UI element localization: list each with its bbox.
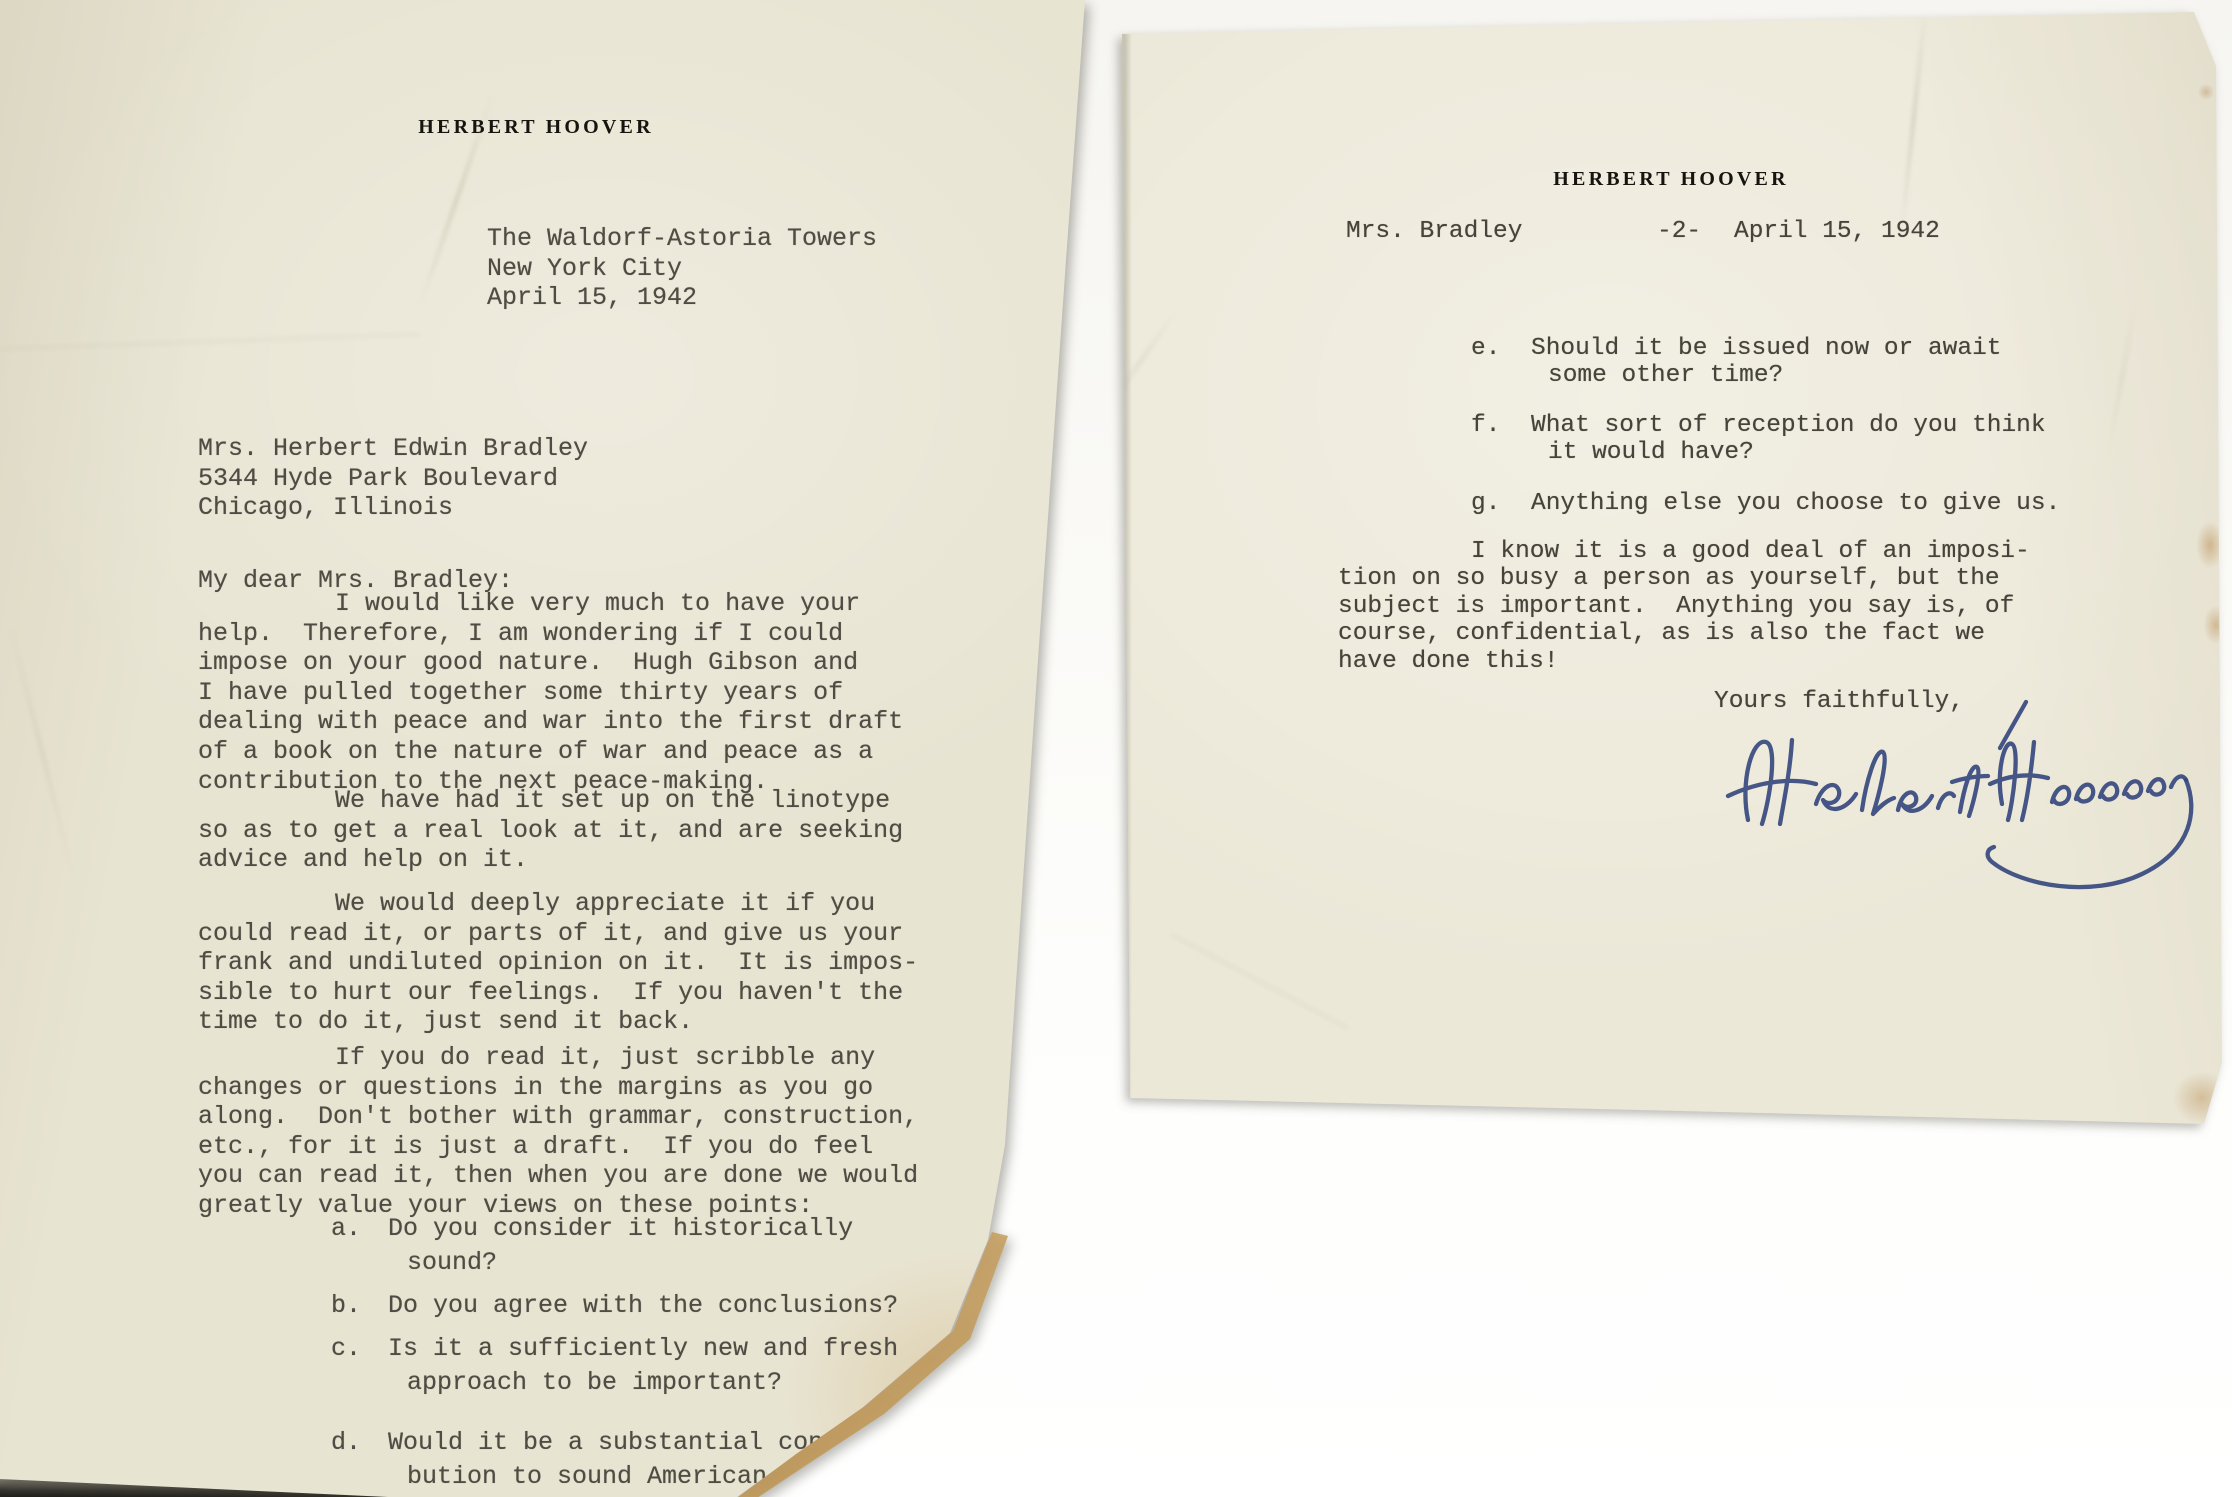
text-line: it would have? xyxy=(1531,439,2046,466)
text-line: bution to sound American thin' xyxy=(388,1460,868,1494)
text-line: I know it is a good deal of an imposi- xyxy=(1338,538,2030,565)
text-line: Should it be issued now or await xyxy=(1531,335,2001,362)
list-item-label: g. xyxy=(1471,490,1531,517)
signature-flourish-tail xyxy=(1988,780,2192,887)
text-line: along. Don't bother with grammar, constr… xyxy=(198,1102,918,1132)
text-line: Mrs. Herbert Edwin Bradley xyxy=(198,434,588,464)
header-page-number: -2- xyxy=(1657,218,1701,245)
text-line: Is it a sufficiently new and fresh xyxy=(388,1332,898,1366)
text-line: have done this! xyxy=(1338,648,2030,675)
paper-crease xyxy=(2106,301,2137,459)
text-line: Anything else you choose to give us. xyxy=(1531,490,2060,517)
text-line: New York City xyxy=(487,254,877,284)
text-line: time to do it, just send it back. xyxy=(198,1007,918,1037)
letter-page-1: HERBERT HOOVER The Waldorf-Astoria Tower… xyxy=(0,0,1100,1497)
recipient-address-block: Mrs. Herbert Edwin Bradley5344 Hyde Park… xyxy=(198,434,588,523)
list-item-d: d. Would it be a substantial contributio… xyxy=(331,1426,868,1494)
text-line: April 15, 1942 xyxy=(487,283,877,313)
closing-paragraph: I know it is a good deal of an imposi-ti… xyxy=(1338,538,2030,675)
sender-address-block: The Waldorf-Astoria TowersNew York CityA… xyxy=(487,224,877,313)
signature-herbert-hoover xyxy=(1690,682,2232,912)
text-line: We would deeply appreciate it if you xyxy=(198,889,918,919)
signature-last-name xyxy=(1990,742,2186,820)
signature-pen-slash xyxy=(2000,702,2026,748)
header-recipient: Mrs. Bradley xyxy=(1346,218,1522,245)
list-item-label: b. xyxy=(331,1289,388,1323)
text-line: Do you agree with the conclusions? xyxy=(388,1289,898,1323)
paper-crease xyxy=(1171,933,1349,1030)
text-line: I would like very much to have your xyxy=(198,589,903,619)
list-item-label: a. xyxy=(331,1212,388,1246)
text-line: subject is important. Anything you say i… xyxy=(1338,593,2030,620)
paper-crease xyxy=(9,623,75,876)
list-item-a: a. Do you consider it historicallysound? xyxy=(331,1212,853,1280)
list-item-label: e. xyxy=(1471,335,1531,362)
paragraph-1: I would like very much to have yourhelp.… xyxy=(198,589,903,796)
paragraph-3: We would deeply appreciate it if youcoul… xyxy=(198,889,918,1037)
text-line: help. Therefore, I am wondering if I cou… xyxy=(198,619,903,649)
paper-crease xyxy=(0,333,420,351)
list-item-c: c. Is it a sufficiently new and freshapp… xyxy=(331,1332,898,1400)
list-item-text: Anything else you choose to give us. xyxy=(1531,490,2060,517)
letterhead-page-2: HERBERT HOOVER xyxy=(1521,168,1821,191)
header-date: April 15, 1942 xyxy=(1734,218,1940,245)
text-line: sound? xyxy=(388,1246,853,1280)
text-line: dealing with peace and war into the firs… xyxy=(198,707,903,737)
text-line: sible to hurt our feelings. If you haven… xyxy=(198,978,918,1008)
scanned-letters: HERBERT HOOVER The Waldorf-Astoria Tower… xyxy=(0,0,2232,1497)
list-item-text: What sort of reception do you thinkit wo… xyxy=(1531,412,2046,467)
text-line: advice and help on it. xyxy=(198,845,903,875)
text-line: If you do read it, just scribble any xyxy=(198,1043,918,1073)
text-line: Do you consider it historically xyxy=(388,1212,853,1246)
text-line: The Waldorf-Astoria Towers xyxy=(487,224,877,254)
text-line: I have pulled together some thirty years… xyxy=(198,678,903,708)
list-item-label: f. xyxy=(1471,412,1531,439)
text-line: frank and undiluted opinion on it. It is… xyxy=(198,948,918,978)
text-line: you can read it, then when you are done … xyxy=(198,1161,918,1191)
text-line: approach to be important? xyxy=(388,1366,898,1400)
text-line: Chicago, Illinois xyxy=(198,493,588,523)
list-item-f: f. What sort of reception do you thinkit… xyxy=(1471,412,2046,467)
list-item-label: d. xyxy=(331,1426,388,1460)
letter-page-2: HERBERT HOOVER Mrs. Bradley -2- April 15… xyxy=(1100,0,2232,1140)
signature-first-name xyxy=(1728,740,1988,824)
text-line: some other time? xyxy=(1531,362,2001,389)
letterhead-page-1: HERBERT HOOVER xyxy=(386,116,686,139)
list-item-text: Do you agree with the conclusions? xyxy=(388,1289,898,1323)
paper-crease xyxy=(1106,310,1177,410)
list-item-text: Do you consider it historicallysound? xyxy=(388,1212,853,1280)
paragraph-4: If you do read it, just scribble anychan… xyxy=(198,1043,918,1221)
list-item-b: b. Do you agree with the conclusions? xyxy=(331,1289,898,1323)
list-item-g: g. Anything else you choose to give us. xyxy=(1471,490,2060,517)
list-item-e: e. Should it be issued now or awaitsome … xyxy=(1471,335,2001,390)
text-line: etc., for it is just a draft. If you do … xyxy=(198,1132,918,1162)
text-line: impose on your good nature. Hugh Gibson … xyxy=(198,648,903,678)
text-line: Would it be a substantial contri xyxy=(388,1426,868,1460)
list-item-label: c. xyxy=(331,1332,388,1366)
paragraph-2: We have had it set up on the linotypeso … xyxy=(198,786,903,875)
text-line: tion on so busy a person as yourself, bu… xyxy=(1338,565,2030,592)
paper-crease xyxy=(1899,1,1927,240)
list-item-text: Is it a sufficiently new and freshapproa… xyxy=(388,1332,898,1400)
text-line: course, confidential, as is also the fac… xyxy=(1338,620,2030,647)
text-line: What sort of reception do you think xyxy=(1531,412,2046,439)
text-line: We have had it set up on the linotype xyxy=(198,786,903,816)
text-line: of a book on the nature of war and peace… xyxy=(198,737,903,767)
list-item-text: Should it be issued now or awaitsome oth… xyxy=(1531,335,2001,390)
text-line: changes or questions in the margins as y… xyxy=(198,1073,918,1103)
list-item-text: Would it be a substantial contribution t… xyxy=(388,1426,868,1494)
text-line: could read it, or parts of it, and give … xyxy=(198,919,918,949)
text-line: so as to get a real look at it, and are … xyxy=(198,816,903,846)
text-line: 5344 Hyde Park Boulevard xyxy=(198,464,588,494)
